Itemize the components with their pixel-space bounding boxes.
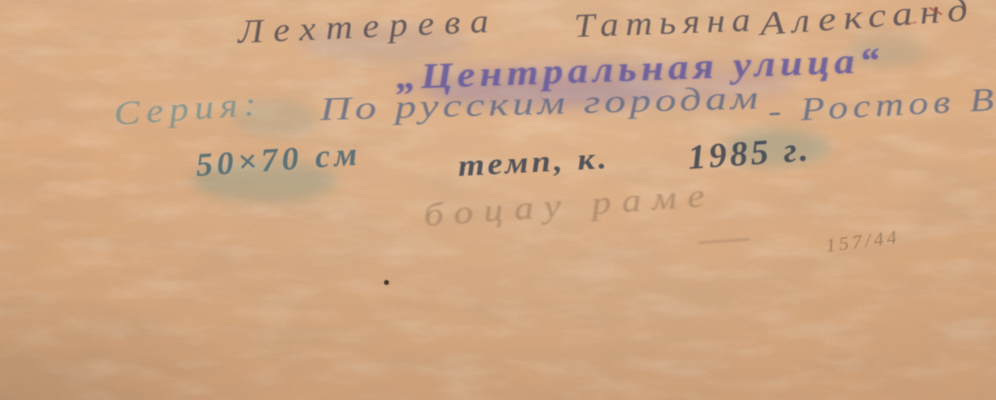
artwork-back-photo: Лехтерева Татьяна Александ „Центральная …	[0, 0, 996, 400]
paper-speck	[384, 280, 389, 285]
paper-texture	[0, 0, 996, 400]
